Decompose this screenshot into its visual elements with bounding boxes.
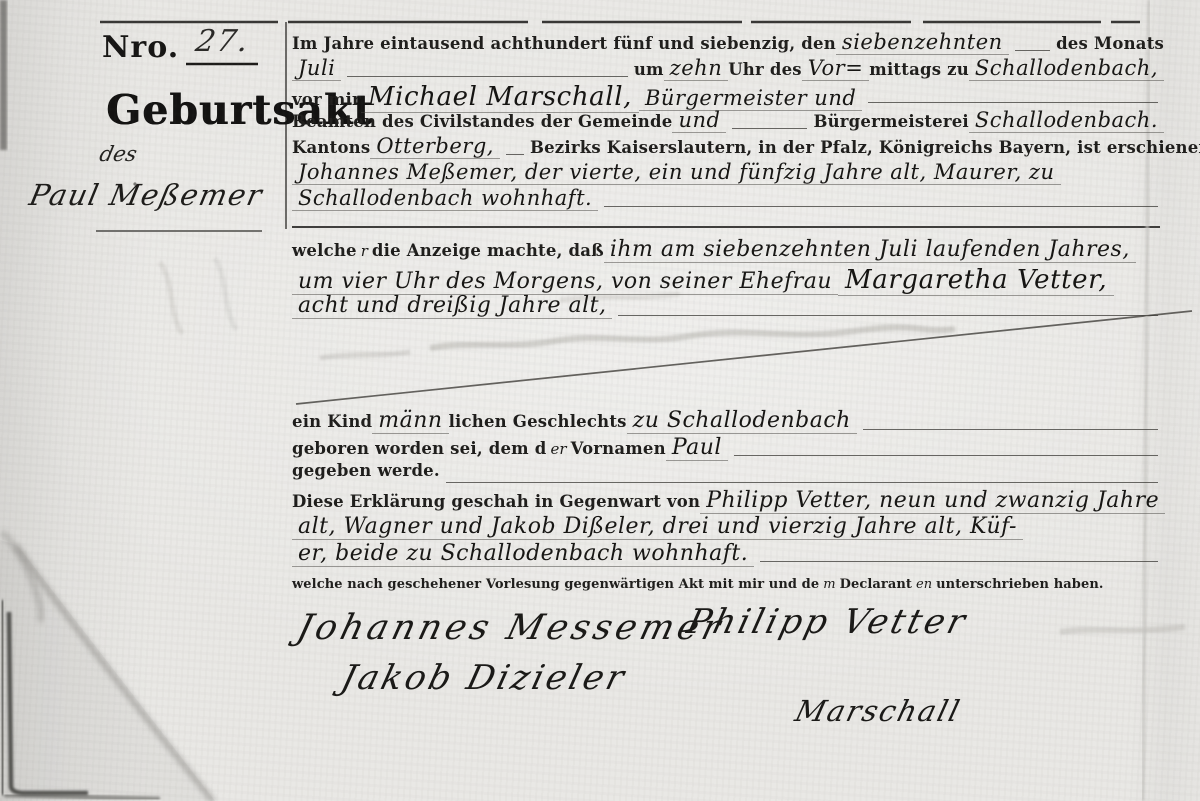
form-line: vor mirMichael Marschall,Bürgermeister u… [292,82,1164,108]
form-paragraph-appearance: Im Jahre eintausend achthundert fünf und… [292,30,1164,212]
handwritten-entry: männ [372,408,448,434]
blank-rule [618,315,1158,316]
handwritten-entry: Schallodenbach wohnhaft. [292,186,598,211]
record-number-label: Nro. [102,30,179,65]
form-line: ein Kindmännlichen Geschlechtszu Schallo… [292,408,1164,435]
handwritten-entry: Juli [292,56,341,81]
header-column: Nro. 27. Geburtsakt des Paul Meßemer [0,0,288,801]
printed-text: des Monats [1056,34,1164,53]
blank-rule [446,482,1158,483]
printed-text: unterschrieben haben. [936,577,1103,592]
handwritten-entry: zehn [664,56,729,81]
printed-text: mittags zu [869,60,969,79]
signature-declarant: Johannes Messemer [293,608,728,648]
printed-text: Uhr des [728,60,802,79]
printed-text: Beamten des Civilstandes der Gemeinde [292,112,672,131]
printed-text: gegeben werde. [292,461,440,480]
handwritten-entry: acht und dreißig Jahre alt, [292,293,612,319]
printed-text: Declarant [840,577,912,592]
blank-rule [1015,50,1050,51]
form-line: acht und dreißig Jahre alt, [292,293,1164,321]
form-line: Johannes Meßemer, der vierte, ein und fü… [292,160,1164,186]
handwritten-entry: ihm am siebenzehnten Juli laufenden Jahr… [604,237,1136,263]
handwritten-entry: Schallodenbach, [969,56,1164,81]
printed-text: welche nach geschehener Vorlesung gegenw… [292,577,819,592]
form-line: welcherdie Anzeige machte, daßihm am sie… [292,237,1164,265]
handwritten-entry: und [672,108,726,133]
form-paragraph-child: ein Kindmännlichen Geschlechtszu Schallo… [292,408,1164,567]
scanned-birth-record: { "colors": { "paper": "#e8e7e4", "print… [0,0,1200,801]
blank-rule [863,429,1158,430]
printed-text: geboren worden sei, dem d [292,439,547,458]
printed-text: Vornamen [571,439,666,458]
handwritten-correction: r [357,242,372,260]
handwritten-entry: Schallodenbach. [969,108,1164,133]
record-number-value: 27. [193,24,253,59]
handwritten-entry: Philipp Vetter, neun und zwanzig Jahre [700,488,1165,514]
printed-text: welche [292,241,357,260]
form-line: er, beide zu Schallodenbach wohnhaft. [292,541,1164,568]
form-line: Im Jahre eintausend achthundert fünf und… [292,30,1164,56]
form-closing-clause: welche nach geschehener Vorlesung gegenw… [292,577,1164,601]
signature-witness2: Jakob Dizieler [337,658,631,698]
handwritten-correction: er [547,440,571,458]
handwritten-entry: zu Schallodenbach [627,408,857,434]
signature-official: Marschall [792,694,965,728]
blank-rule [868,102,1158,103]
printed-text: ein Kind [292,412,372,431]
handwritten-entry: um vier Uhr des Morgens, von seiner Ehef… [292,269,838,295]
blank-rule [760,561,1158,562]
handwritten-name: Michael Marschall, [361,82,639,113]
printed-text: Im Jahre eintausend achthundert fünf und… [292,34,836,53]
handwritten-entry: Vor= [802,56,870,81]
printed-text: Bezirks Kaiserslautern, in der Pfalz, Kö… [530,138,1200,157]
printed-text: lichen Geschlechts [449,412,627,431]
printed-text: um [634,60,664,79]
printed-text: vor mir [292,90,361,109]
form-line: Diese Erklärung geschah in Gegenwart von… [292,488,1164,515]
blank-rule [347,76,627,77]
form-line: welche nach geschehener Vorlesung gegenw… [292,577,1164,601]
signature-witness1: Philipp Vetter [683,602,972,642]
form-line: Beamten des Civilstandes der Gemeindeund… [292,108,1164,134]
handwritten-entry: Paul [666,435,728,461]
blank-rule [604,206,1158,207]
subject-name: Paul Meßemer [26,178,266,212]
printed-text: Kantons [292,138,370,157]
blank-rule [732,128,807,129]
form-line: um vier Uhr des Morgens, von seiner Ehef… [292,265,1164,293]
handwritten-entry: Johannes Meßemer, der vierte, ein und fü… [292,160,1061,185]
form-line: alt, Wagner und Jakob Dißeler, drei und … [292,514,1164,541]
blank-rule [506,154,524,155]
handwritten-name: Margaretha Vetter, [838,265,1114,296]
printed-text: Bürgermeisterei [813,112,968,131]
handwritten-entry: alt, Wagner und Jakob Dißeler, drei und … [292,514,1023,540]
form-line: Schallodenbach wohnhaft. [292,186,1164,212]
handwritten-correction: m [819,577,839,592]
printed-text: Diese Erklärung geschah in Gegenwart von [292,492,700,511]
form-line: geboren worden sei, dem derVornamenPaul [292,435,1164,462]
handwritten-entry: Otterberg, [370,134,500,159]
handwritten-entry: siebenzehnten [836,30,1009,55]
des-label: des [97,142,139,166]
form-line: gegeben werde. [292,461,1164,488]
handwritten-correction: en [912,577,936,592]
blank-rule [734,455,1158,456]
printed-text: die Anzeige machte, daß [372,241,604,260]
handwritten-entry: er, beide zu Schallodenbach wohnhaft. [292,541,754,567]
form-line: KantonsOtterberg,Bezirks Kaiserslautern,… [292,134,1164,160]
form-paragraph-declaration: welcherdie Anzeige machte, daßihm am sie… [292,237,1164,321]
form-line: JuliumzehnUhr desVor=mittags zuSchallode… [292,56,1164,82]
